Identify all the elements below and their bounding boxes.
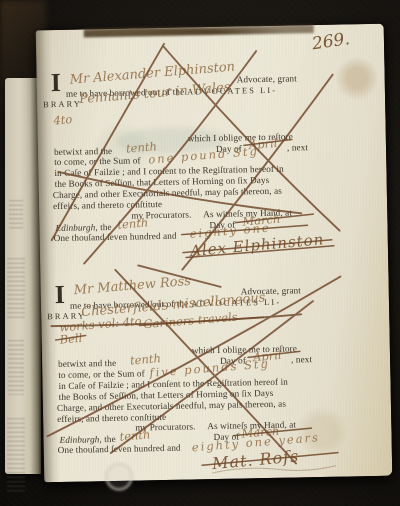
- showthrough-text: [8, 340, 24, 395]
- page-right-edge: [369, 24, 393, 476]
- drop-cap: I: [55, 282, 66, 308]
- register-page: 269. I Mr Alexander Elphinston Advocate,…: [36, 24, 393, 483]
- drop-cap: I: [50, 70, 61, 96]
- printed-advocate-grant: Advocate, grant: [237, 73, 297, 84]
- signed-day-handwriting: tenth: [119, 427, 151, 443]
- torn-top-edge: [84, 21, 314, 37]
- struck-extra-handwriting: Bell: [59, 331, 83, 347]
- the-word: the: [104, 434, 116, 444]
- printed-next: , next: [291, 354, 312, 365]
- showthrough-text: [7, 418, 25, 493]
- printed-brary: BRARY: [43, 100, 82, 110]
- round-stain: [102, 460, 136, 494]
- the-word: the: [100, 222, 112, 232]
- book-photograph: 269. I Mr Alexander Elphinston Advocate,…: [0, 0, 400, 506]
- printed-betwixt: betwixt and the: [58, 358, 116, 369]
- printed-next: , next: [287, 142, 308, 153]
- folio-number: 269.: [311, 29, 351, 54]
- printed-thousand-line: One thouſand ſeven hundred and: [58, 443, 181, 455]
- printed-sum-line: to come, or the Sum of: [54, 155, 141, 167]
- book-format-handwriting: 4to: [53, 112, 73, 127]
- borrower-name-handwriting: Mr Matthew Ross: [73, 274, 191, 298]
- printed-sum-line: to come, or the Sum of: [58, 368, 145, 380]
- printed-thousand-line: One thouſand ſeven hundred and: [54, 231, 177, 243]
- showthrough-text: [7, 258, 25, 318]
- signed-day-handwriting: tenth: [117, 215, 149, 231]
- facing-page-edge: [5, 78, 41, 474]
- showthrough-text: [9, 200, 23, 230]
